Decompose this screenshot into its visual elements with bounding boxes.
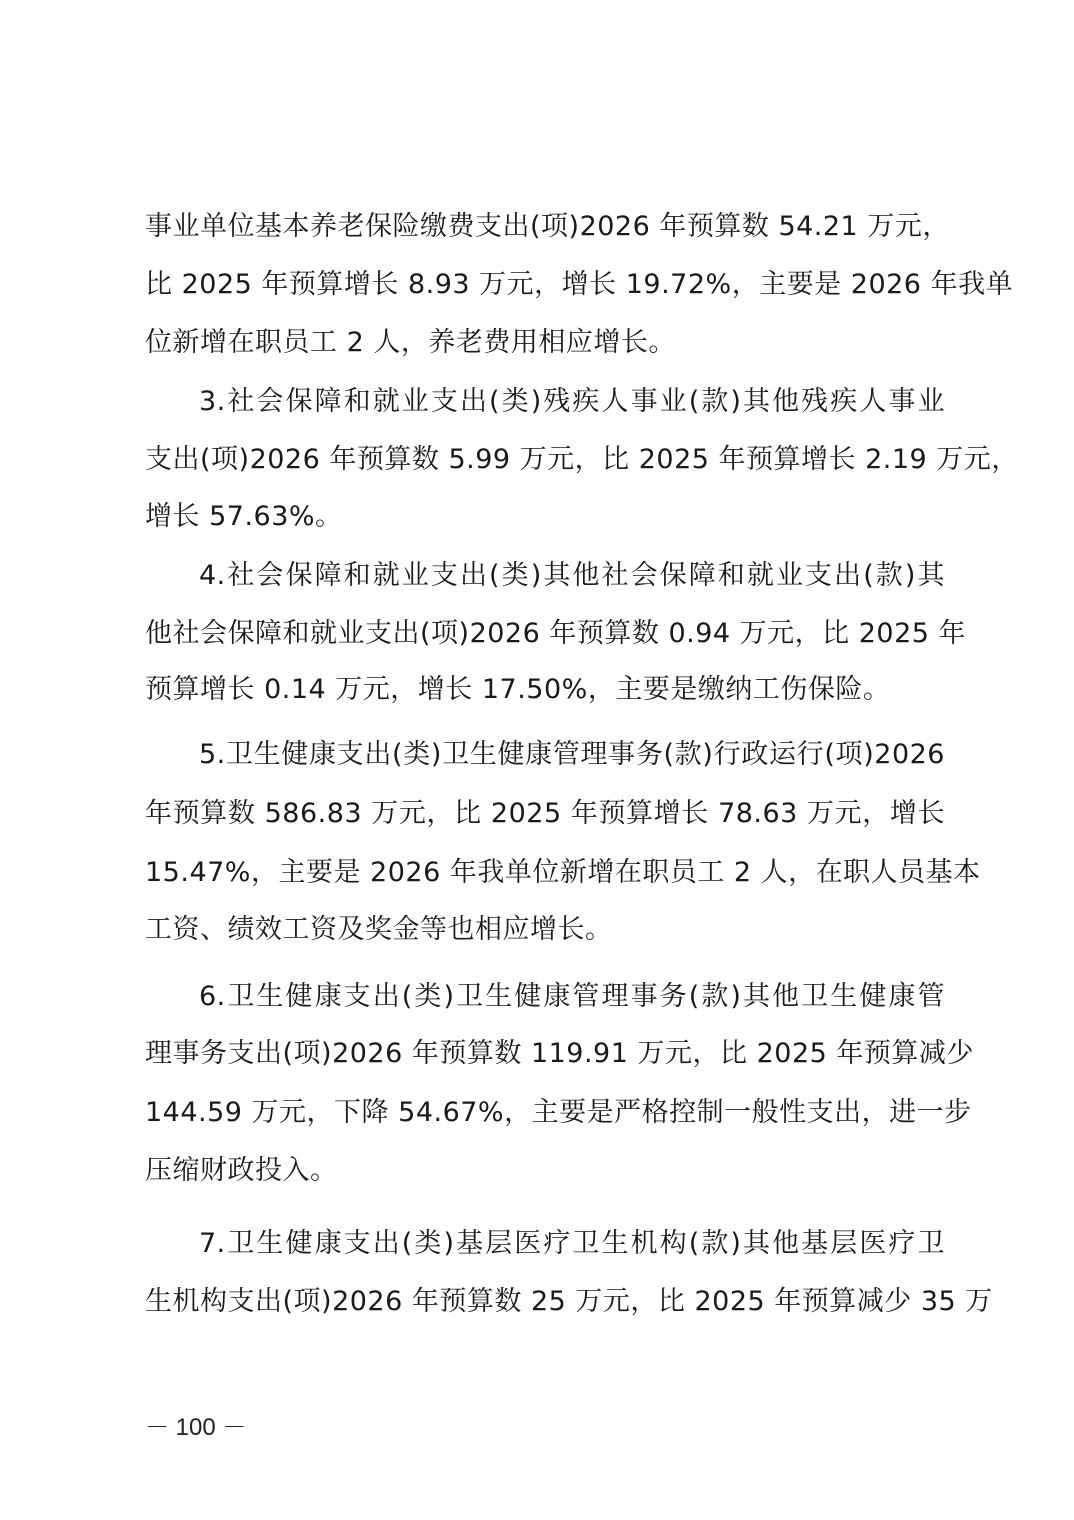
document-page: 事业单位基本养老保险缴费支出(项)2026 年预算数 54.21 万元， 比 2… <box>0 0 1074 1520</box>
text-line: 理事务支出(项)2026 年预算数 119.91 万元，比 2025 年预算减少 <box>145 1034 945 1074</box>
text-line: 增长 57.63%。 <box>145 497 945 537</box>
text-line: 生机构支出(项)2026 年预算数 25 万元，比 2025 年预算减少 35 … <box>145 1282 945 1322</box>
text-line: 6.卫生健康支出(类)卫生健康管理事务(款)其他卫生健康管 <box>199 977 945 1017</box>
text-line: 15.47%，主要是 2026 年我单位新增在职员工 2 人，在职人员基本 <box>145 853 945 893</box>
text-line: 压缩财政投入。 <box>145 1151 945 1191</box>
text-line: 7.卫生健康支出(类)基层医疗卫生机构(款)其他基层医疗卫 <box>199 1224 945 1264</box>
text-line: 3.社会保障和就业支出(类)残疾人事业(款)其他残疾人事业 <box>199 382 945 422</box>
text-line: 工资、绩效工资及奖金等也相应增长。 <box>145 910 945 950</box>
text-line: 他社会保障和就业支出(项)2026 年预算数 0.94 万元，比 2025 年 <box>145 614 945 654</box>
text-line: 比 2025 年预算增长 8.93 万元，增长 19.72%，主要是 2026 … <box>145 265 945 305</box>
text-line: 年预算数 586.83 万元，比 2025 年预算增长 78.63 万元，增长 <box>145 794 945 834</box>
text-line: 144.59 万元，下降 54.67%，主要是严格控制一般性支出，进一步 <box>145 1093 945 1133</box>
page-number: － 100 － <box>145 1413 246 1443</box>
text-line: 事业单位基本养老保险缴费支出(项)2026 年预算数 54.21 万元， <box>145 207 945 247</box>
text-line: 4.社会保障和就业支出(类)其他社会保障和就业支出(款)其 <box>199 556 945 596</box>
text-line: 5.卫生健康支出(类)卫生健康管理事务(款)行政运行(项)2026 <box>199 735 945 775</box>
text-line: 位新增在职员工 2 人，养老费用相应增长。 <box>145 323 945 363</box>
text-line: 预算增长 0.14 万元，增长 17.50%，主要是缴纳工伤保险。 <box>145 670 945 710</box>
text-line: 支出(项)2026 年预算数 5.99 万元，比 2025 年预算增长 2.19… <box>145 440 945 480</box>
